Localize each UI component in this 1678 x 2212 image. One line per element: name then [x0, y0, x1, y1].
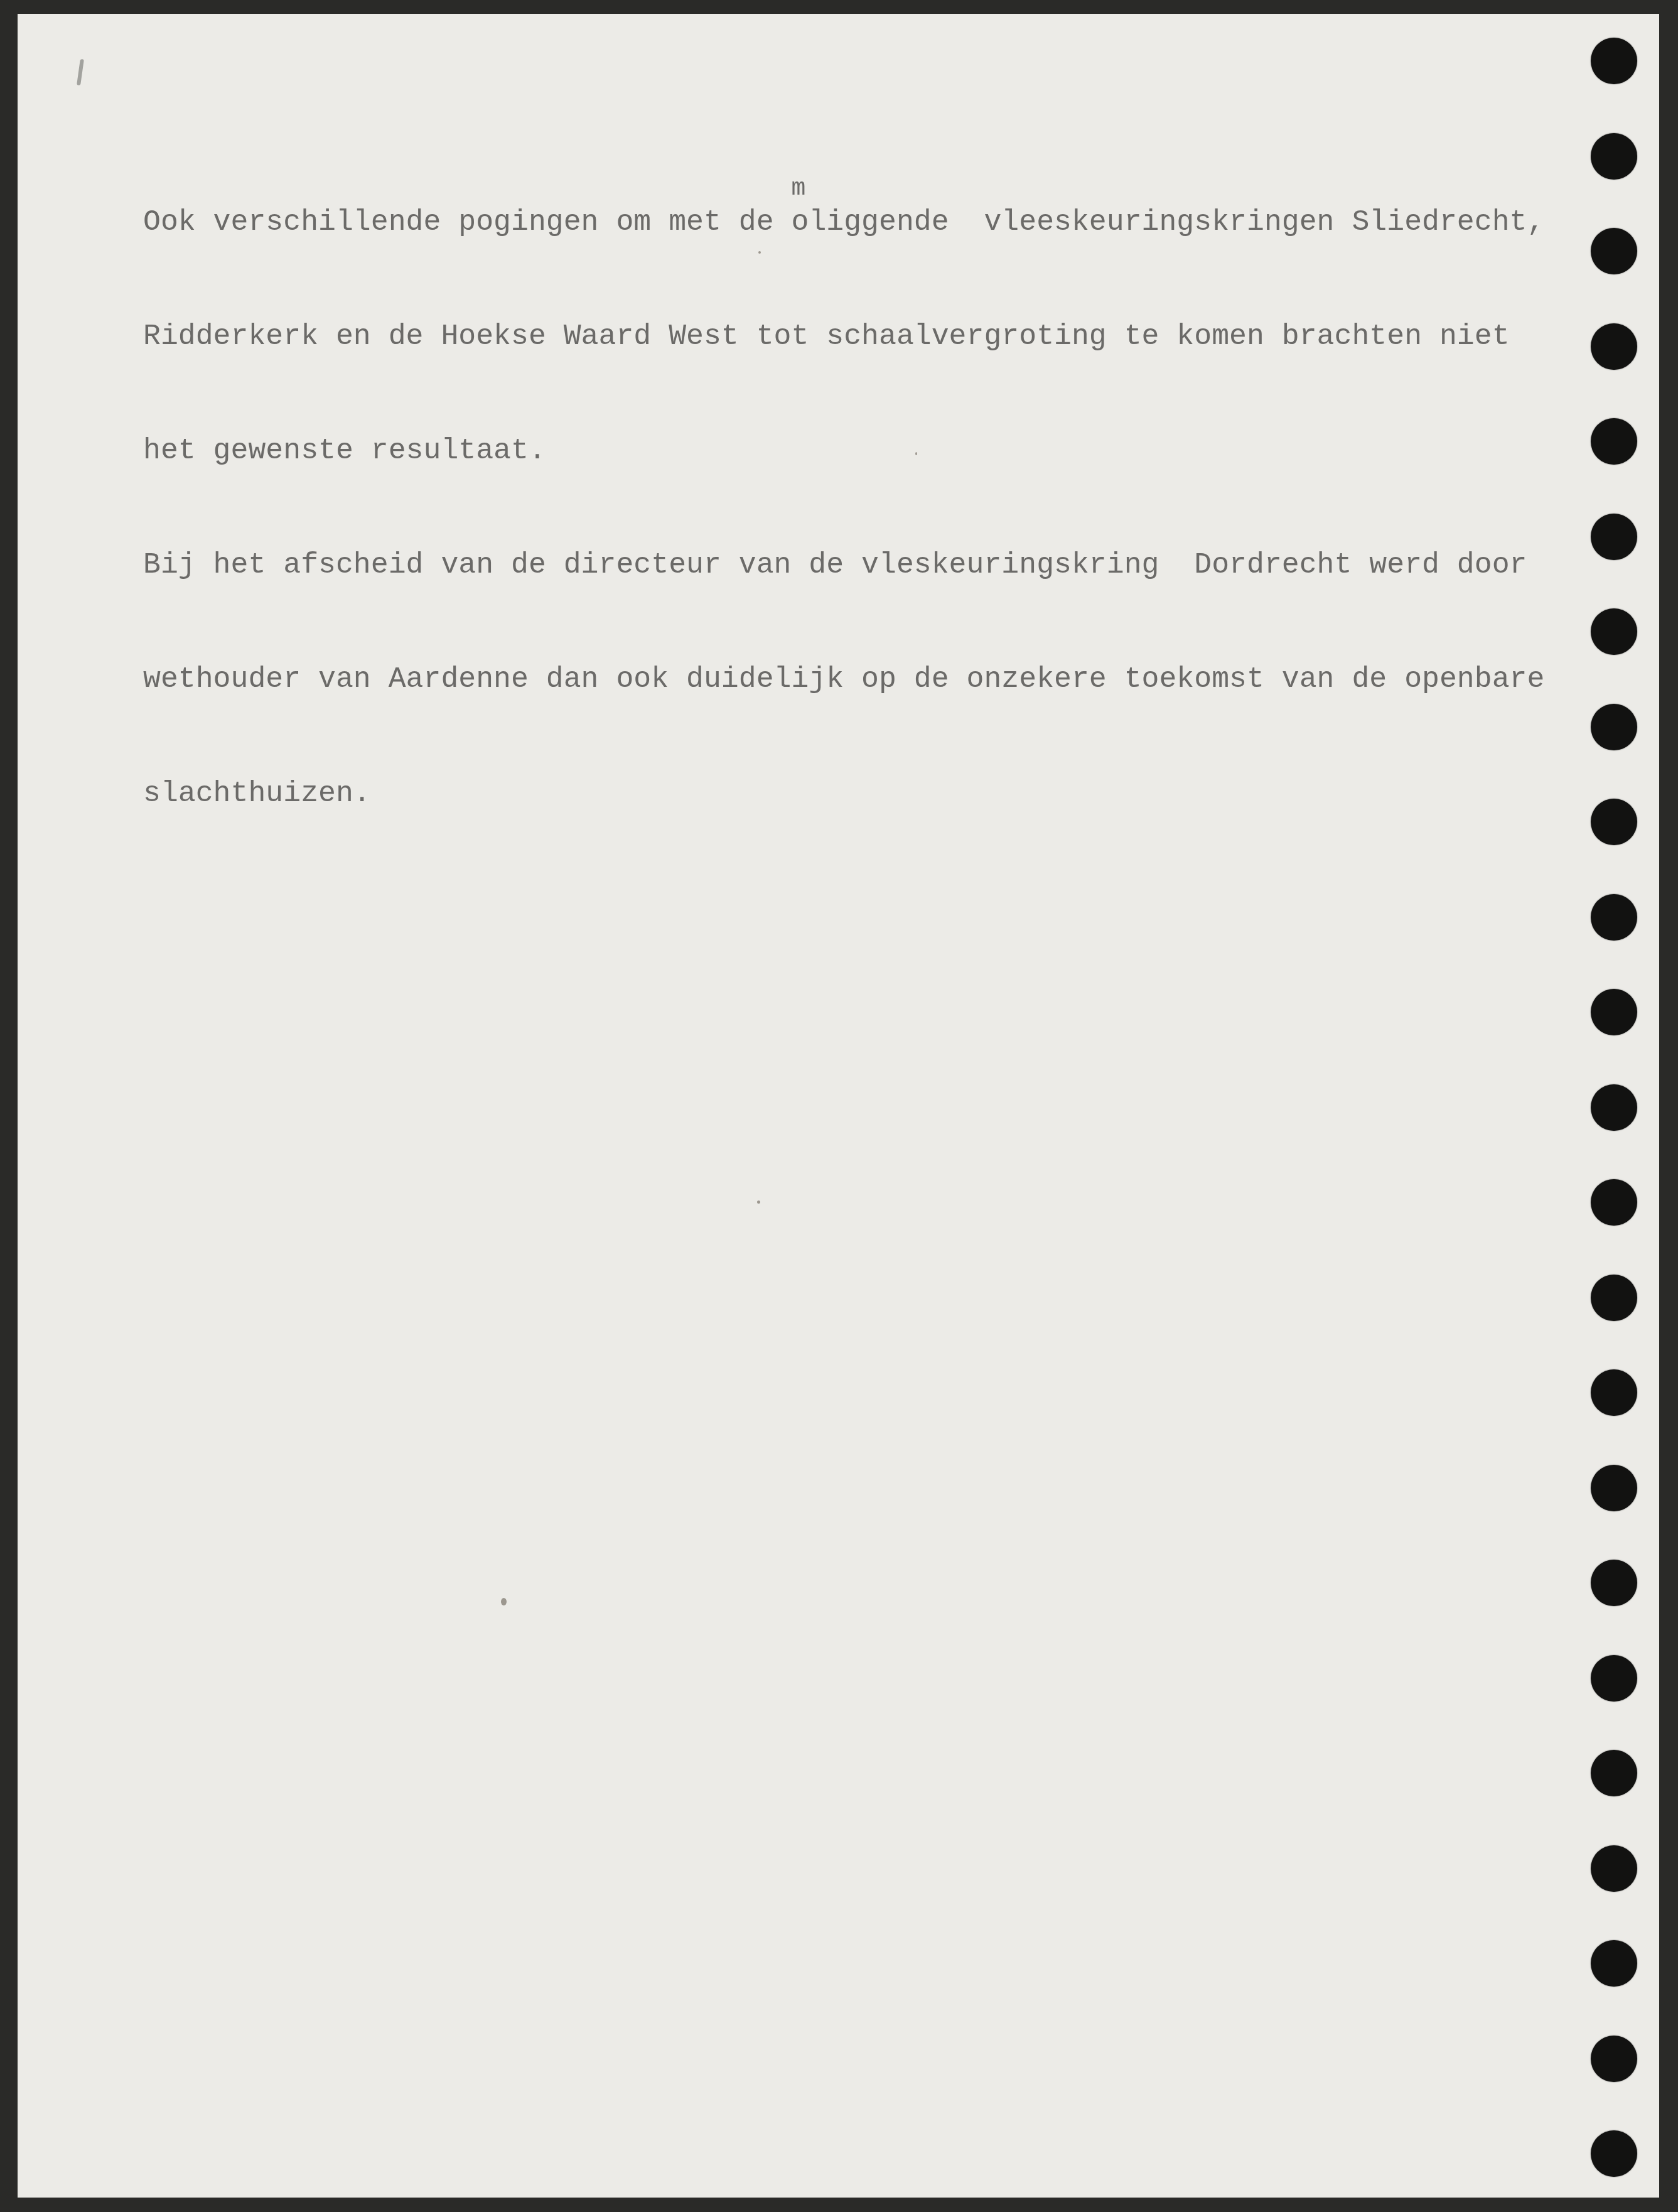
base-letter: o	[791, 205, 809, 239]
paper-sheet: Ook verschillende pogingen om met de oml…	[18, 14, 1659, 2198]
text-fragment: liggende vleeskeuringskringen Sliedrecht…	[809, 205, 1544, 239]
text-line-2: Ridderkerk en de Hoekse Waard West tot s…	[143, 313, 1544, 360]
text-line-6: slachthuizen.	[143, 770, 1544, 817]
inserted-letter: m	[791, 177, 805, 201]
margin-pencil-mark	[77, 59, 84, 85]
paper-speck	[758, 251, 761, 254]
overtyped-correction: om	[791, 198, 809, 246]
typed-text-block: Ook verschillende pogingen om met de oml…	[143, 132, 1544, 884]
paper-speck	[757, 1200, 760, 1204]
text-line-5: wethouder van Aardenne dan ook duidelijk…	[143, 656, 1544, 703]
paper-speck	[915, 452, 917, 455]
text-line-4: Bij het afscheid van de directeur van de…	[143, 541, 1544, 589]
paper-speck	[501, 1598, 507, 1605]
text-line-3: het gewenste resultaat.	[143, 427, 1544, 475]
text-fragment: Ook verschillende pogingen om met de	[143, 205, 791, 239]
text-line-1: Ook verschillende pogingen om met de oml…	[143, 198, 1544, 246]
